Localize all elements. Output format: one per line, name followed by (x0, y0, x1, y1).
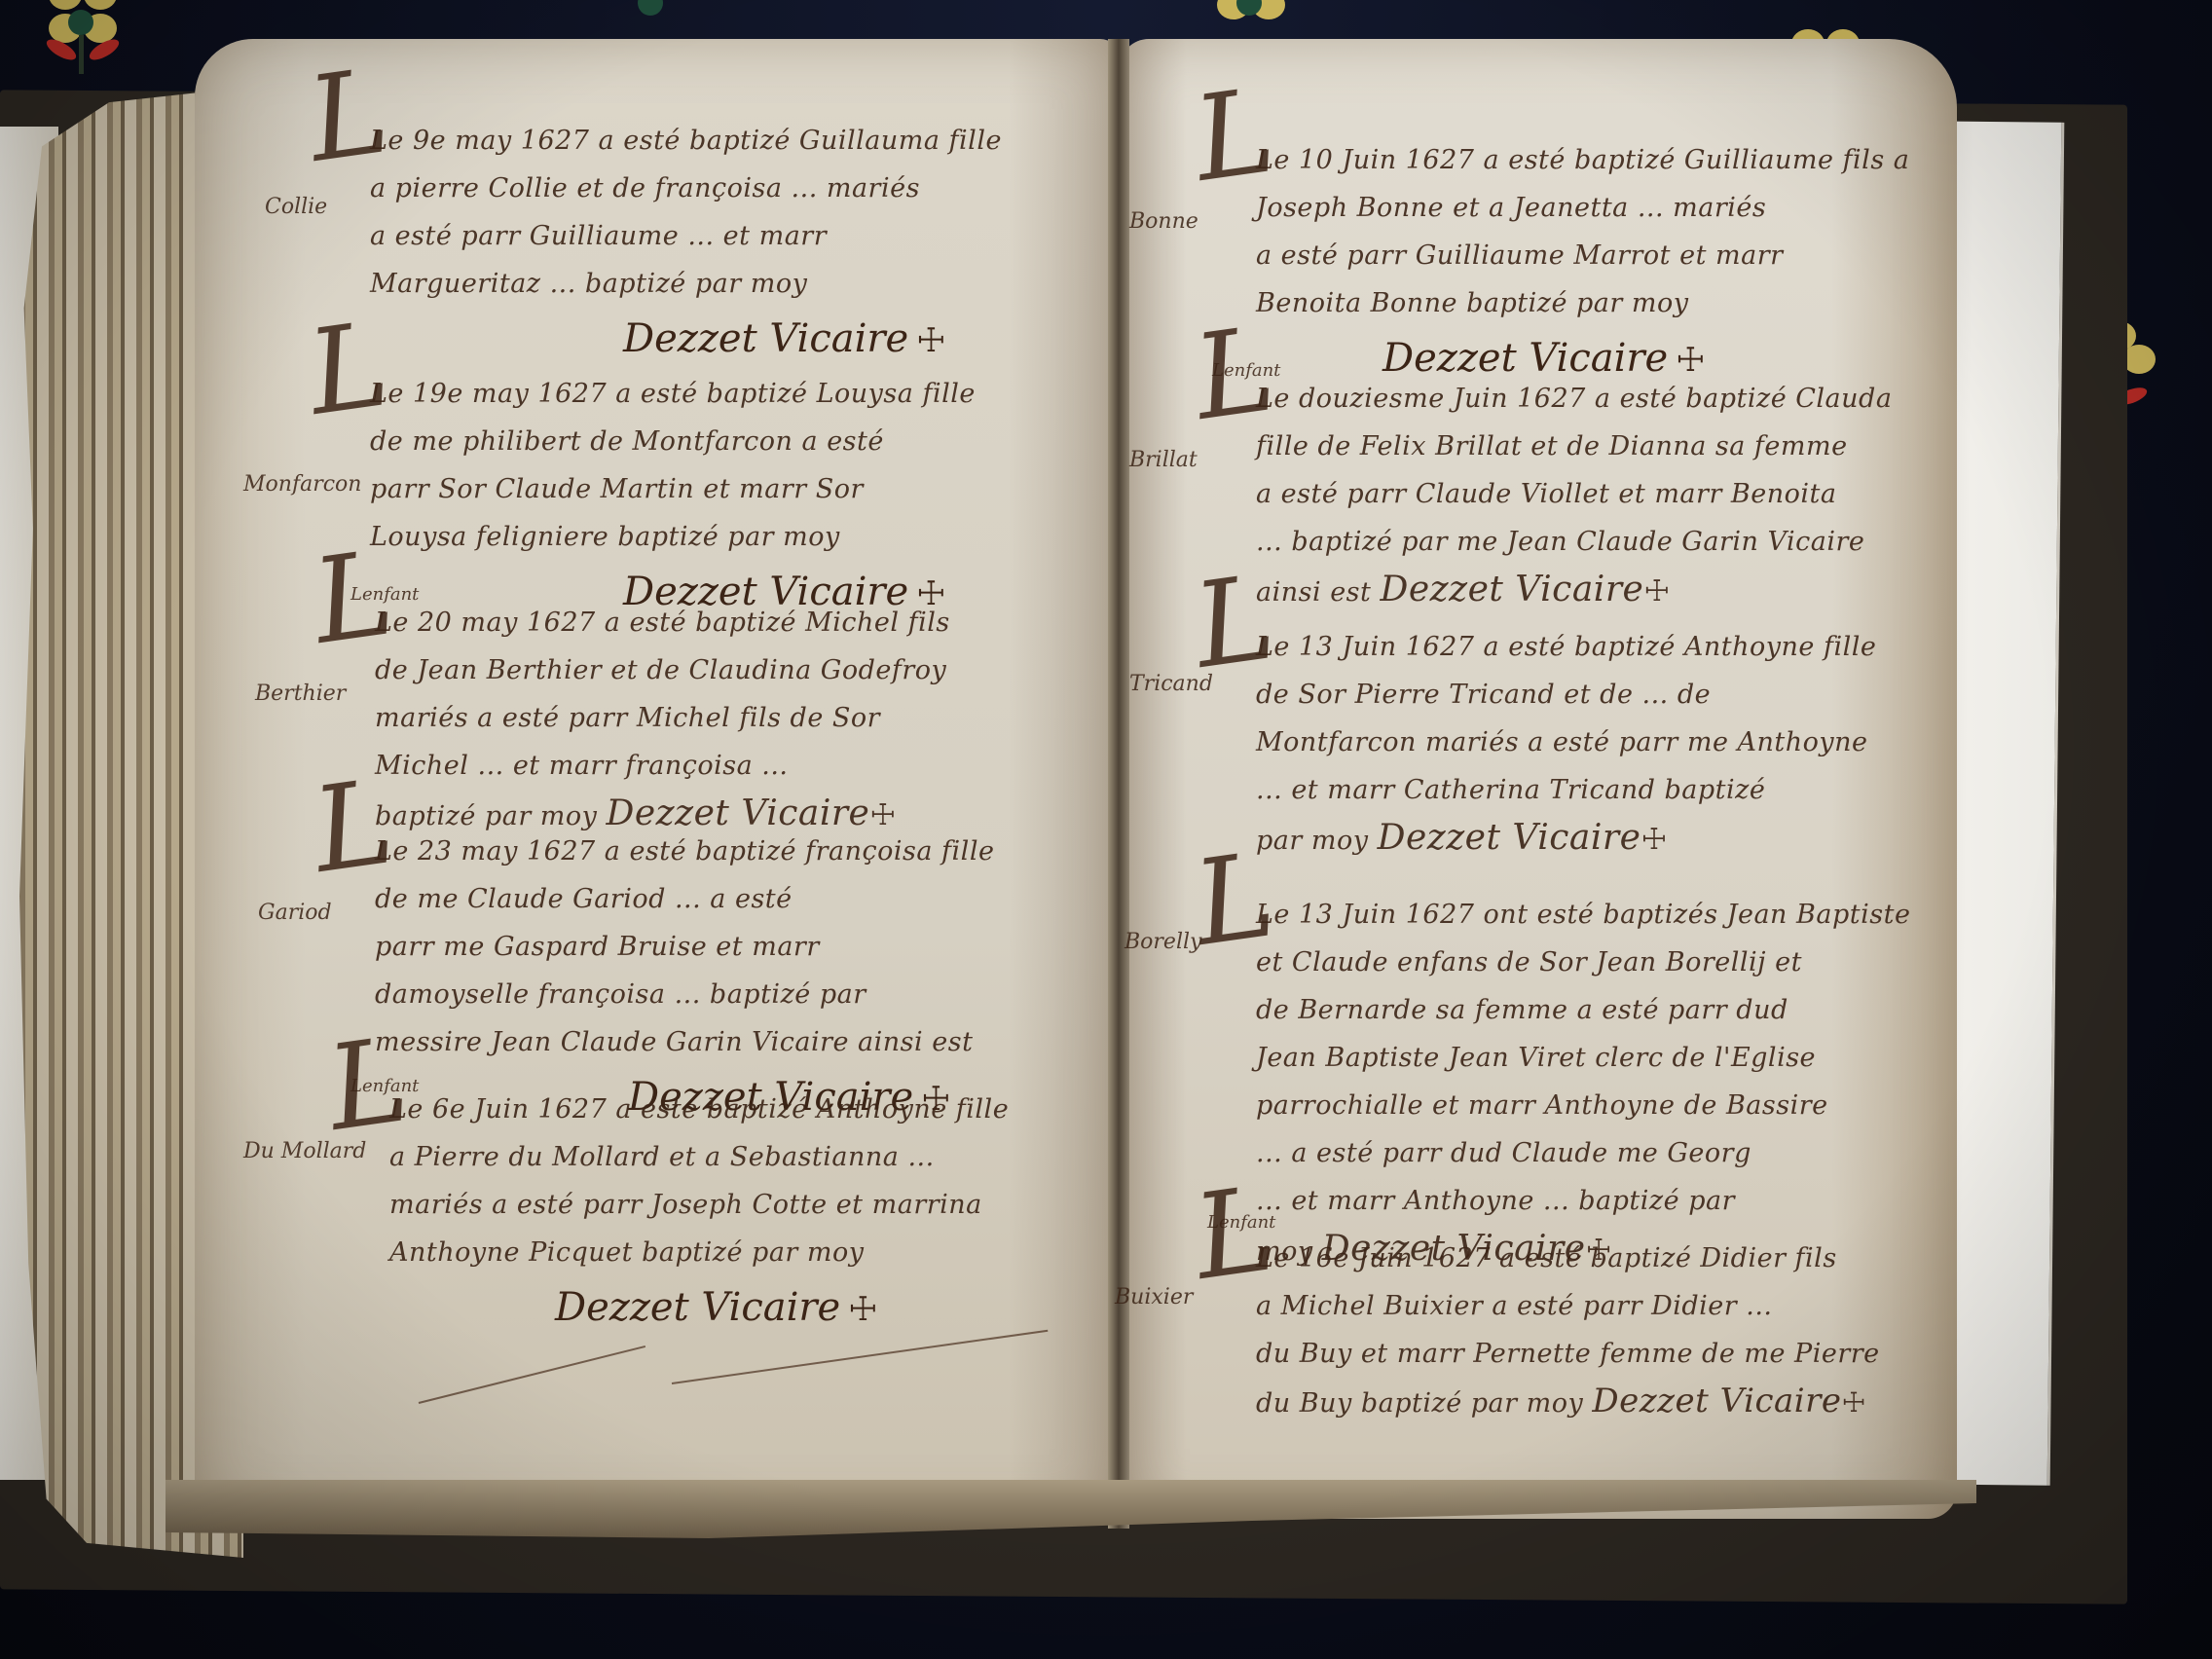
signature-text: Dezzet Vicaire (623, 316, 908, 361)
entry-line: Michel ... et marr françoisa ... (375, 742, 950, 790)
entry-line: du Buy et marr Pernette femme de me Pier… (1256, 1330, 1880, 1378)
entry-line: de Jean Berthier et de Claudina Godefroy (375, 646, 950, 694)
entry-line: de me philibert de Montfarcon a esté (370, 418, 976, 465)
baptism-entry: L Le 13 Juin 1627 ont esté baptizés Jean… (1256, 891, 1910, 1275)
entry-line: a esté parr Claude Viollet et marr Benoi… (1256, 470, 1892, 518)
baptism-entry: L Le 20 may 1627 a esté baptizé Michel f… (375, 599, 950, 840)
entry-line: parrochialle et marr Anthoyne de Bassire (1256, 1082, 1910, 1129)
entry-line: Jean Baptiste Jean Viret clerc de l'Egli… (1256, 1034, 1910, 1082)
baptism-entry: L Le 6e Juin 1627 a esté baptizé Anthoyn… (389, 1086, 1009, 1341)
cross-flourish-icon: ☩ (916, 321, 945, 360)
margin-note: Berthier (255, 682, 346, 706)
entry-line: ... baptizé par me Jean Claude Garin Vic… (1256, 518, 1892, 566)
entry-line: messire Jean Claude Garin Vicaire ainsi … (375, 1018, 994, 1066)
entry-line: Le 9e may 1627 a esté baptizé Guillauma … (370, 117, 1002, 165)
cross-flourish-icon: ☩ (848, 1290, 877, 1329)
entry-line: damoyselle françoisa ... baptizé par (375, 971, 994, 1018)
entry-line: Le 20 may 1627 a esté baptizé Michel fil… (375, 599, 950, 646)
margin-note: Gariod (258, 901, 332, 925)
entry-line-text: par moy (1256, 826, 1368, 856)
signature-text: Dezzet Vicaire (555, 1285, 840, 1330)
entry-line: Le douziesme Juin 1627 a esté baptizé Cl… (1256, 375, 1892, 423)
entry-line: Margueritaz ... baptizé par moy (370, 260, 1002, 308)
entry-line: fille de Felix Brillat et de Dianna sa f… (1256, 423, 1892, 470)
entry-line: a esté parr Guilliaume ... et marr (370, 212, 1002, 260)
entry-line: ... et marr Anthoyne ... baptizé par (1256, 1177, 1910, 1225)
entry-line: Louysa feligniere baptizé par moy (370, 513, 976, 561)
entry-line: ... et marr Catherina Tricand baptizé (1256, 766, 1876, 814)
vicar-signature: Dezzet Vicaire☩ (555, 1276, 1009, 1341)
margin-note: Borelly (1124, 930, 1201, 954)
vicar-signature: Dezzet Vicaire (1378, 818, 1641, 858)
embroidered-flower-icon (39, 0, 127, 78)
entry-line: Montfarcon mariés a esté parr me Anthoyn… (1256, 719, 1876, 766)
baptism-entry: L Le douziesme Juin 1627 a esté baptizé … (1256, 375, 1892, 616)
cross-flourish-icon: ☩ (1643, 574, 1670, 608)
entry-line: parr me Gaspard Bruise et marr (375, 923, 994, 971)
entry-line: Anthoyne Picquet baptizé par moy (389, 1229, 1009, 1276)
entry-line: mariés a esté parr Michel fils de Sor (375, 694, 950, 742)
entry-line: de me Claude Gariod ... a esté (375, 875, 994, 923)
entry-line-text: du Buy baptizé par moy (1256, 1388, 1583, 1419)
baptism-entry: L Le 19e may 1627 a esté baptizé Louysa … (370, 370, 976, 625)
cross-flourish-icon: ☩ (1676, 341, 1705, 380)
vicar-signature: Dezzet Vicaire☩ (623, 308, 1002, 372)
baptism-entry: L Le 13 Juin 1627 a esté baptizé Anthoyn… (1256, 623, 1876, 865)
entry-line: Benoita Bonne baptizé par moy (1256, 279, 1909, 327)
vicar-signature: Dezzet Vicaire (1380, 570, 1643, 609)
vicar-signature: Dezzet Vicaire (1592, 1382, 1841, 1420)
entry-line: Le 13 Juin 1627 a esté baptizé Anthoyne … (1256, 623, 1876, 671)
cross-flourish-icon: ☩ (1842, 1386, 1867, 1419)
entry-line: a Pierre du Mollard et a Sebastianna ... (389, 1133, 1009, 1181)
margin-note: Monfarcon (243, 472, 361, 497)
entry-line: Le 19e may 1627 a esté baptizé Louysa fi… (370, 370, 976, 418)
entry-line-text: ainsi est (1256, 577, 1371, 608)
margin-note: Brillat (1129, 448, 1198, 472)
entry-line: a Michel Buixier a esté parr Didier ... (1256, 1282, 1880, 1330)
entry-line: Joseph Bonne et a Jeanetta ... mariés (1256, 184, 1909, 232)
entry-line: et Claude enfans de Sor Jean Borellij et (1256, 939, 1910, 986)
cross-flourish-icon: ☩ (1641, 823, 1667, 857)
margin-note: Buixier (1115, 1285, 1193, 1309)
entry-line: ainsi est Dezzet Vicaire☩ (1256, 566, 1892, 616)
entry-line: mariés a esté parr Joseph Cotte et marri… (389, 1181, 1009, 1229)
entry-line: du Buy baptizé par moy Dezzet Vicaire☩ (1256, 1378, 1880, 1427)
baptism-entry: L Le 9e may 1627 a esté baptizé Guillaum… (370, 117, 1002, 372)
entry-line: a esté parr Guilliaume Marrot et marr (1256, 232, 1909, 279)
entry-line: parr Sor Claude Martin et marr Sor (370, 465, 976, 513)
margin-note: Collie (265, 195, 327, 219)
baptism-entry: L Le 10 Juin 1627 a esté baptizé Guillia… (1256, 136, 1909, 391)
entry-line: Le 16e Juin 1627 a esté baptizé Didier f… (1256, 1235, 1880, 1282)
margin-note: Tricand (1129, 672, 1213, 696)
entry-line: Le 23 may 1627 a esté baptizé françoisa … (375, 828, 994, 875)
entry-line: ... a esté parr dud Claude me Georg (1256, 1129, 1910, 1177)
entry-line: par moy Dezzet Vicaire☩ (1256, 814, 1876, 865)
entry-line: Le 13 Juin 1627 ont esté baptizés Jean B… (1256, 891, 1910, 939)
entry-line: de Bernarde sa femme a esté parr dud (1256, 986, 1910, 1034)
entry-line: a pierre Collie et de françoisa ... mari… (370, 165, 1002, 212)
entry-line: Le 10 Juin 1627 a esté baptizé Guilliaum… (1256, 136, 1909, 184)
entry-line: de Sor Pierre Tricand et de ... de (1256, 671, 1876, 719)
baptism-entry: L Le 16e Juin 1627 a esté baptizé Didier… (1256, 1235, 1880, 1427)
entry-line: Le 6e Juin 1627 a esté baptizé Anthoyne … (389, 1086, 1009, 1133)
margin-note: Bonne (1129, 209, 1198, 234)
